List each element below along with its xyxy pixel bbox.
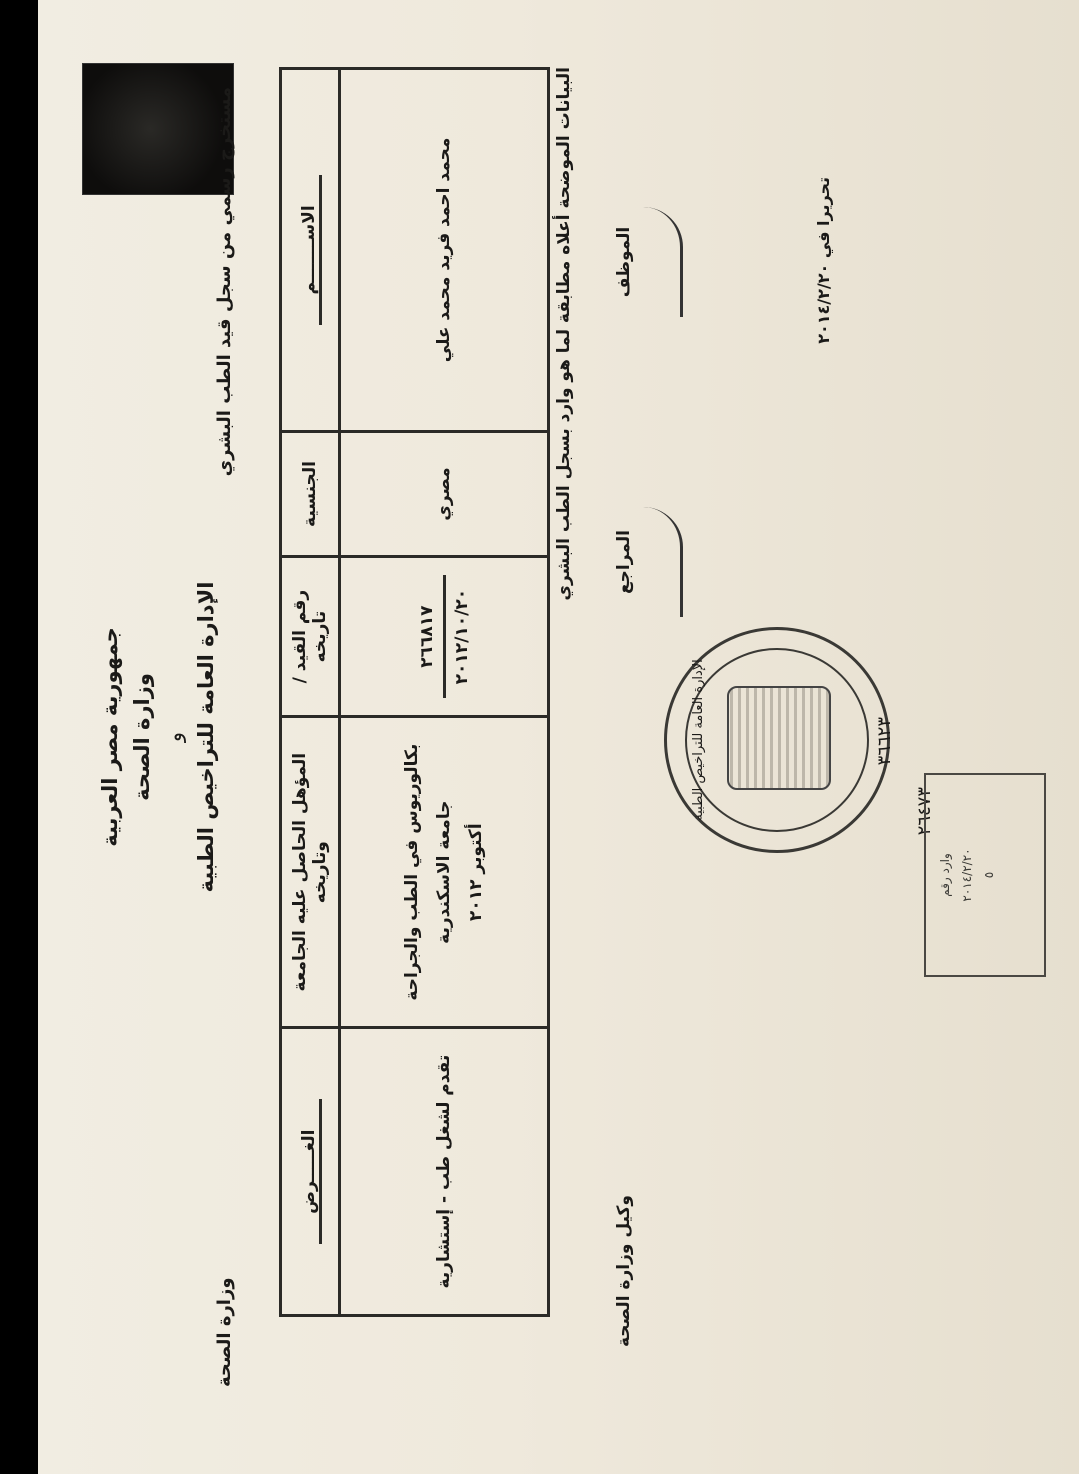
department-signature: وكيل وزارة الصحة	[614, 1195, 634, 1347]
header-registration: رقم القيد / تاريخه	[280, 557, 339, 717]
issue-date: تحريرا في ٢٠١٤/٢/٢٠	[814, 177, 833, 344]
stamp-number: ٣٦٦٢٣	[874, 717, 895, 765]
registration-table: الاســـــــم الجنسية رقم القيد / تاريخه …	[279, 67, 550, 1317]
header-country: جمهورية مصر العربية	[94, 27, 126, 1447]
cell-name: محمد احمد فريد محمد علي	[339, 69, 548, 432]
cert-degree: بكالوريوس في الطب والجراحة	[396, 728, 428, 1016]
certificate-document: جمهورية مصر العربية وزارة الصحة و الإدار…	[54, 27, 1064, 1447]
ministry-label: وزارة الصحة	[214, 1277, 235, 1387]
header-name: الاســـــــم	[280, 69, 339, 432]
header-qualification: المؤهل الحاصل عليه الجامعة وتاريخه	[280, 717, 339, 1028]
extract-title: مستخرج رسمي من سجل قيد الطب البشري	[214, 87, 235, 476]
eagle-emblem-icon	[727, 686, 831, 790]
cert-university: جامعة الاسكندرية	[428, 728, 460, 1016]
document-header: جمهورية مصر العربية وزارة الصحة و الإدار…	[94, 27, 222, 1447]
meta-row: مستخرج رسمي من سجل قيد الطب البشري وزارة…	[214, 87, 235, 1387]
reg-number: ٢٦٦٨١٧	[410, 576, 445, 698]
header-ministry: وزارة الصحة	[126, 27, 158, 1447]
cert-date: أكتوبر ٢٠١٢	[460, 728, 492, 1016]
cell-qualification: بكالوريوس في الطب والجراحة جامعة الاسكند…	[339, 717, 548, 1028]
official-seal-icon: الإدارة العامة للتراخيص الطبية	[664, 627, 890, 853]
cell-purpose: تقدم لشغل طب - إستشارية	[339, 1028, 548, 1316]
document-paper: جمهورية مصر العربية وزارة الصحة و الإدار…	[38, 0, 1079, 1474]
reviewer-signature: المراجع	[614, 507, 689, 617]
reg-date: ٢٠١٢/١٠/٢٠	[445, 568, 477, 705]
verification-note: البيانات الموضحة أعلاه مطابقة لما هو وار…	[554, 67, 574, 601]
receipt-stamp: وارد رقم ٢٠١٤/٢/٢٠ ٥	[924, 773, 1046, 977]
table-header-row: الاســـــــم الجنسية رقم القيد / تاريخه …	[280, 69, 339, 1316]
header-nationality: الجنسية	[280, 431, 339, 556]
cell-registration: ٢٦٦٨١٧ ٢٠١٢/١٠/٢٠	[339, 557, 548, 717]
header-and: و	[158, 27, 190, 1447]
header-purpose: الغـــــرض	[280, 1028, 339, 1316]
signature-scribble-icon	[640, 507, 683, 617]
employee-signature: الموظف	[614, 207, 689, 317]
table-row: محمد احمد فريد محمد علي مصري ٢٦٦٨١٧ ٢٠١٢…	[339, 69, 548, 1316]
cell-nationality: مصري	[339, 431, 548, 556]
signature-scribble-icon	[640, 207, 683, 317]
